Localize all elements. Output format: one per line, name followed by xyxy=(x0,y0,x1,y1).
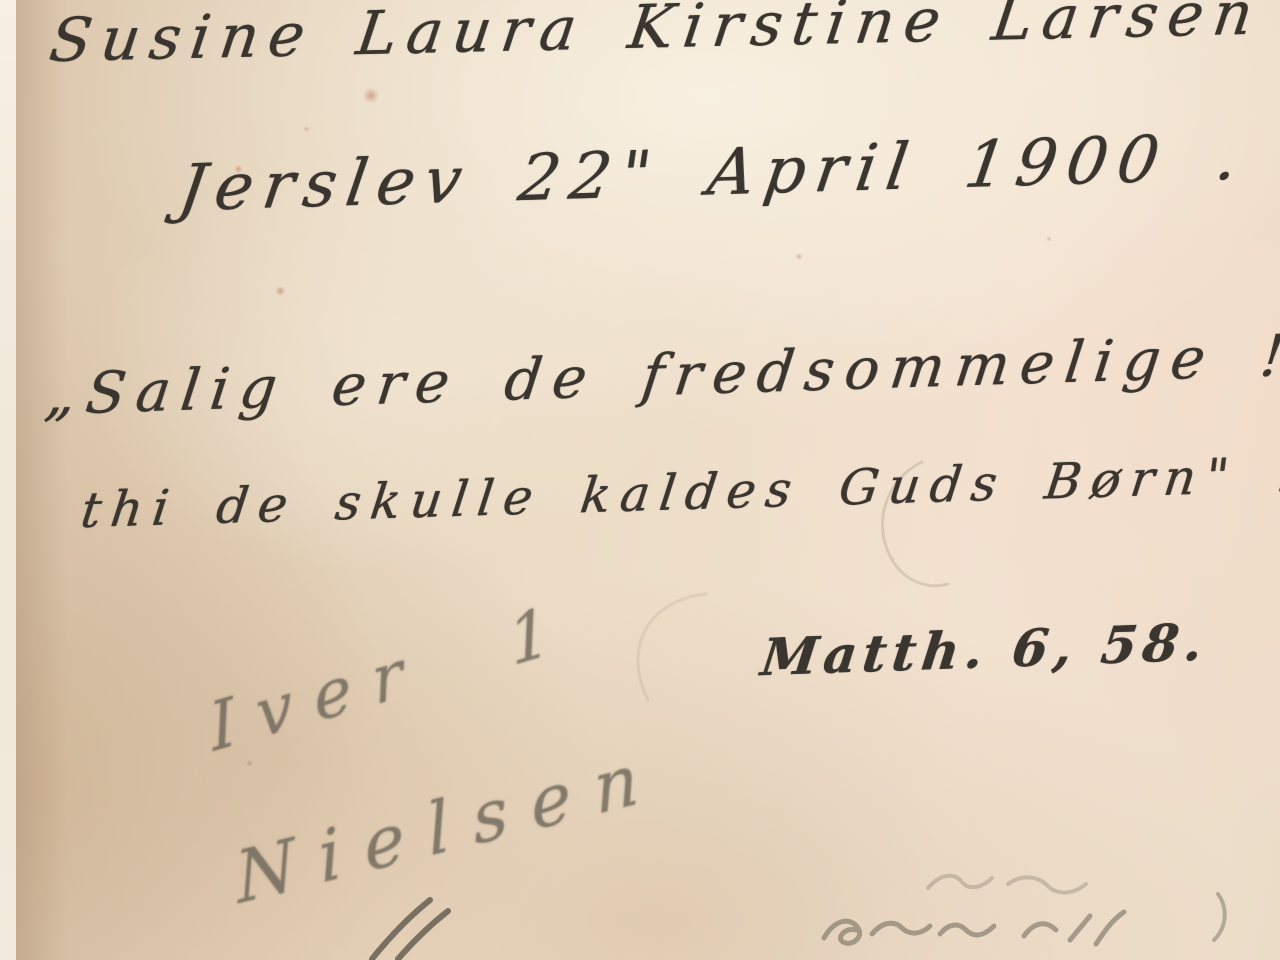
pencil-scribble-right-upper xyxy=(928,876,1086,893)
handwritten-inscription-photo: Susine Laura Kirstine Larsen . Jerslev 2… xyxy=(0,0,1280,960)
pencil-scribble-bottom-left xyxy=(372,900,448,959)
pencil-scribble-right-hook xyxy=(1214,894,1225,940)
pencil-faint-arc xyxy=(638,594,706,700)
pencil-scribble-right-lower xyxy=(824,912,1124,944)
